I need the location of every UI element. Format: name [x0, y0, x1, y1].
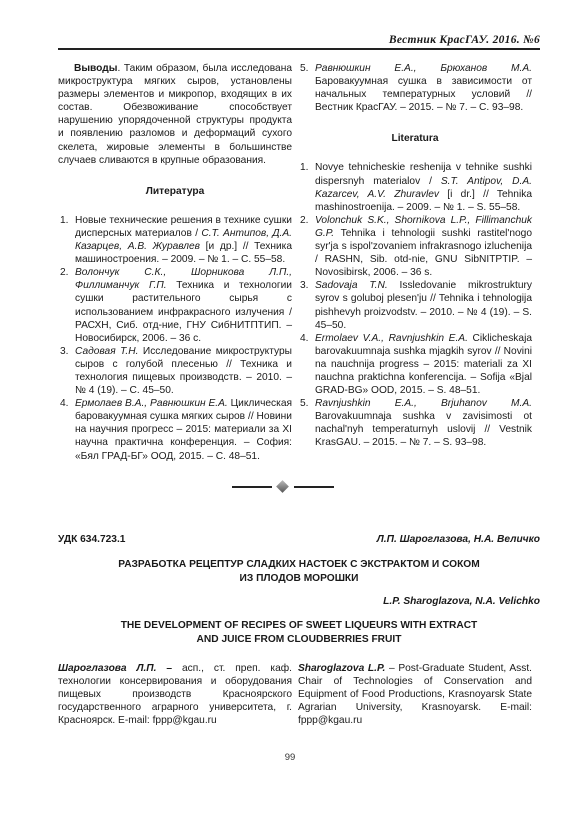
- section-divider: [232, 482, 334, 492]
- reference-number: 2.: [300, 214, 309, 227]
- reference-item: 4.Ermolaev V.A., Ravnjushkin E.A. Ciklic…: [298, 332, 532, 397]
- diamond-icon: [276, 480, 289, 493]
- bio-ru-name: Шароглазова Л.П. –: [58, 663, 172, 674]
- references-ru-list-continued: 5.Равнюшкин Е.А., Брюханов М.А. Бароваку…: [298, 62, 532, 114]
- reference-item: 1.Новые технические решения в технике су…: [58, 214, 292, 266]
- references-lat-title: Literatura: [298, 132, 532, 145]
- reference-authors: Ravnjushkin E.A., Brjuhanov M.A.: [315, 398, 532, 409]
- conclusion-text: . Таким образом, была исследована микрос…: [58, 63, 292, 166]
- references-ru-list: 1.Новые технические решения в технике су…: [58, 214, 292, 463]
- reference-authors: Ermolaev V.A., Ravnjushkin E.A.: [315, 333, 468, 344]
- divider-line-right: [294, 486, 334, 488]
- reference-item: 5.Равнюшкин Е.А., Брюханов М.А. Бароваку…: [298, 62, 532, 114]
- reference-authors: Равнюшкин Е.А., Брюханов М.А.: [315, 63, 532, 74]
- references-ru-title: Литература: [58, 185, 292, 198]
- running-header: Вестник КрасГАУ. 2016. №6: [58, 34, 540, 50]
- conclusion-lead: Выводы: [74, 63, 117, 74]
- divider-line-left: [232, 486, 272, 488]
- right-column: 5.Равнюшкин Е.А., Брюханов М.А. Бароваку…: [298, 62, 532, 450]
- reference-number: 4.: [300, 332, 309, 345]
- article-title-en: THE DEVELOPMENT OF RECIPES OF SWEET LIQU…: [58, 619, 540, 647]
- references-lat-list: 1.Novye tehnicheskie reshenija v tehnike…: [298, 161, 532, 449]
- reference-number: 1.: [300, 161, 309, 174]
- authors-en: L.P. Sharoglazova, N.A. Velichko: [383, 596, 540, 607]
- journal-title: Вестник КрасГАУ. 2016. №6: [389, 34, 540, 46]
- page-number: 99: [0, 752, 580, 763]
- reference-number: 5.: [300, 62, 309, 75]
- title-ru-line-1: РАЗРАБОТКА РЕЦЕПТУР СЛАДКИХ НАСТОЕК С ЭК…: [58, 558, 540, 572]
- author-bio-ru: Шароглазова Л.П. – асп., ст. преп. каф. …: [58, 662, 292, 727]
- conclusion-paragraph: Выводы. Таким образом, была исследована …: [58, 62, 292, 167]
- author-bio-en: Sharoglazova L.P. – Post-Graduate Studen…: [298, 662, 532, 727]
- reference-authors: Ермолаев В.А., Равнюшкин Е.А.: [75, 398, 228, 409]
- reference-number: 3.: [60, 345, 69, 358]
- reference-item: 2.Волончук С.К., Шорникова Л.П., Филлима…: [58, 266, 292, 345]
- reference-number: 4.: [60, 397, 69, 410]
- reference-item: 1.Novye tehnicheskie reshenija v tehnike…: [298, 161, 532, 213]
- authors-ru: Л.П. Шароглазова, Н.А. Величко: [377, 534, 540, 545]
- reference-text: Barovakuumnaja sushka v zavisimosti ot n…: [315, 411, 532, 448]
- article-title-ru: РАЗРАБОТКА РЕЦЕПТУР СЛАДКИХ НАСТОЕК С ЭК…: [58, 558, 540, 586]
- reference-number: 2.: [60, 266, 69, 279]
- reference-authors: Садовая Т.Н.: [75, 346, 138, 357]
- bio-en-name: Sharoglazova L.P.: [298, 663, 385, 674]
- reference-item: 4.Ермолаев В.А., Равнюшкин Е.А. Цикличес…: [58, 397, 292, 462]
- reference-item: 2.Volonchuk S.K., Shornikova L.P., Filli…: [298, 214, 532, 279]
- reference-number: 1.: [60, 214, 69, 227]
- reference-number: 5.: [300, 397, 309, 410]
- title-en-line-2: AND JUICE FROM CLOUDBERRIES FRUIT: [58, 633, 540, 647]
- reference-authors: Sadovaja T.N.: [315, 280, 388, 291]
- title-ru-line-2: ИЗ ПЛОДОВ МОРОШКИ: [58, 572, 540, 586]
- reference-number: 3.: [300, 279, 309, 292]
- left-column: Выводы. Таким образом, была исследована …: [58, 62, 292, 463]
- reference-item: 3.Садовая Т.Н. Исследование микрострукту…: [58, 345, 292, 397]
- reference-item: 5.Ravnjushkin E.A., Brjuhanov M.A. Barov…: [298, 397, 532, 449]
- reference-text: Баровакуумная сушка в зависимости от нач…: [315, 76, 532, 113]
- reference-text: Tehnika i tehnologii sushki rastitel'nog…: [315, 228, 532, 278]
- reference-item: 3.Sadovaja T.N. Issledovanie mikrostrukt…: [298, 279, 532, 331]
- udk-code: УДК 634.723.1: [58, 534, 125, 545]
- title-en-line-1: THE DEVELOPMENT OF RECIPES OF SWEET LIQU…: [58, 619, 540, 633]
